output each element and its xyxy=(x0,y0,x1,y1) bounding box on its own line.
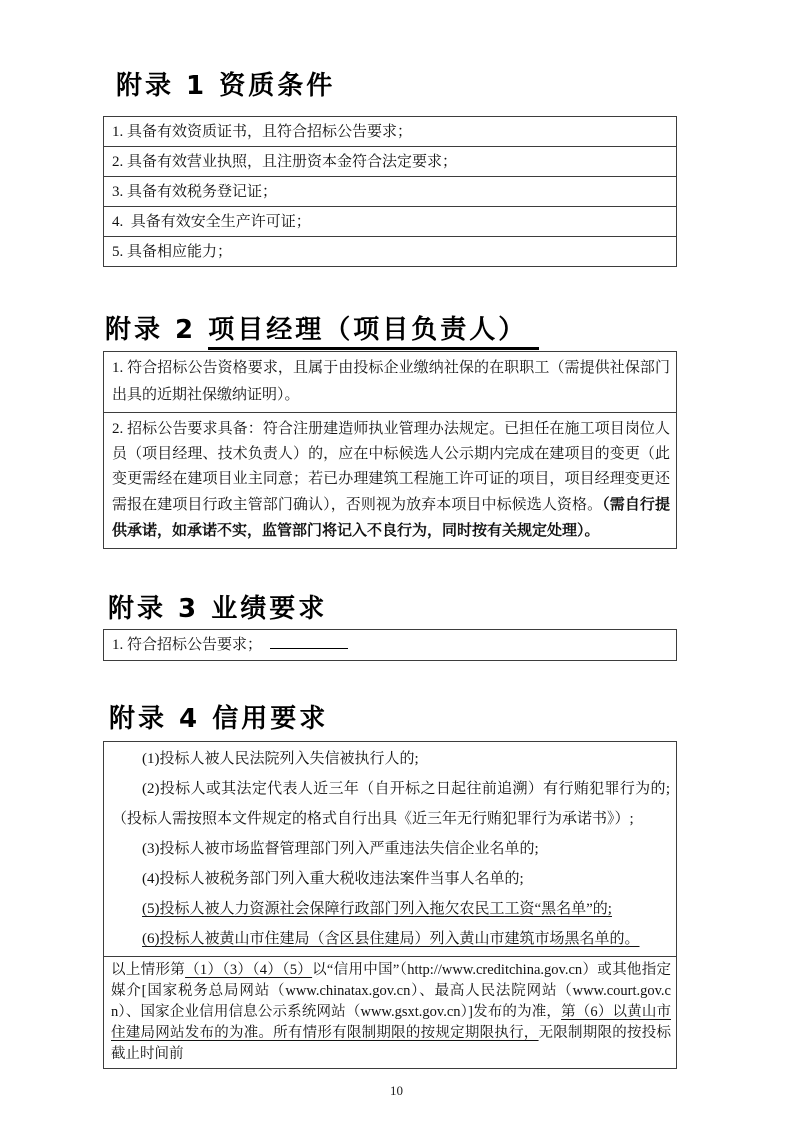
note-segment-underlined: （1）（3）（4）（5） xyxy=(185,962,312,978)
table-row: 以上情形第（1）（3）（4）（5）以“信用中国”（http://www.cred… xyxy=(104,957,677,1069)
credit-item-4: (4)投标人被税务部门列入重大税收违法案件当事人名单的; xyxy=(112,864,670,894)
qualification-item-1: 1. 具备有效资质证书，且符合招标公告要求； xyxy=(104,117,677,147)
credit-item-5: (5)投标人被人力资源社会保障行政部门列入拖欠农民工工资“黑名单”的; xyxy=(112,894,670,924)
requirement-2-text: 2. 招标公告要求具备：符合注册建造师执业管理办法规定。已担任在施工项目岗位人员… xyxy=(112,421,670,513)
credit-note-cell: 以上情形第（1）（3）（4）（5）以“信用中国”（http://www.cred… xyxy=(104,957,677,1069)
qualification-item-3: 3. 具备有效税务登记证； xyxy=(104,177,677,207)
table-row: 5. 具备相应能力； xyxy=(104,237,677,267)
appendix-2-title-prefix: 附录 2 xyxy=(105,315,208,345)
qualification-item-4: 4. 具备有效安全生产许可证； xyxy=(104,207,677,237)
appendix-3-title: 附录 3 业绩要求 xyxy=(108,591,677,627)
table-row: 1. 具备有效资质证书，且符合招标公告要求； xyxy=(104,117,677,147)
table-row: (1)投标人被人民法院列入失信被执行人的; (2)投标人或其法定代表人近三年（自… xyxy=(104,742,677,957)
table-row: 2. 具备有效营业执照，且注册资本金符合法定要求； xyxy=(104,147,677,177)
appendix-4-title: 附录 4 信用要求 xyxy=(109,701,677,737)
qualification-item-5: 5. 具备相应能力； xyxy=(104,237,677,267)
table-row: 4. 具备有效安全生产许可证； xyxy=(104,207,677,237)
table-row: 2. 招标公告要求具备：符合注册建造师执业管理办法规定。已担任在施工项目岗位人员… xyxy=(104,413,677,549)
document-content: 附录 1 资质条件 1. 具备有效资质证书，且符合招标公告要求； 2. 具备有效… xyxy=(103,0,677,1069)
credit-item-6: (6)投标人被黄山市住建局（含区县住建局）列入黄山市建筑市场黑名单的。 xyxy=(112,924,670,954)
performance-requirement-1: 1. 符合招标公告要求； xyxy=(104,630,677,661)
appendix-4-table: (1)投标人被人民法院列入失信被执行人的; (2)投标人或其法定代表人近三年（自… xyxy=(103,741,677,1069)
appendix-3-table: 1. 符合招标公告要求； xyxy=(103,629,677,661)
table-row: 1. 符合招标公告资格要求，且属于由投标企业缴纳社保的在职职工（需提供社保部门出… xyxy=(104,352,677,413)
table-row: 1. 符合招标公告要求； xyxy=(104,630,677,661)
project-manager-requirement-1: 1. 符合招标公告资格要求，且属于由投标企业缴纳社保的在职职工（需提供社保部门出… xyxy=(104,352,677,413)
credit-item-1: (1)投标人被人民法院列入失信被执行人的; xyxy=(112,744,670,774)
appendix-1-title: 附录 1 资质条件 xyxy=(116,68,677,104)
credit-item-3: (3)投标人被市场监督管理部门列入严重违法失信企业名单的; xyxy=(112,834,670,864)
credit-item-2: (2)投标人或其法定代表人近三年（自开标之日起往前追溯）有行贿犯罪行为的;（投标… xyxy=(112,774,670,834)
qualification-item-2: 2. 具备有效营业执照，且注册资本金符合法定要求； xyxy=(104,147,677,177)
appendix-1-table: 1. 具备有效资质证书，且符合招标公告要求； 2. 具备有效营业执照，且注册资本… xyxy=(103,116,677,267)
page-number: 10 xyxy=(0,1083,793,1099)
note-segment: 以上情形第 xyxy=(111,962,185,978)
credit-items-cell: (1)投标人被人民法院列入失信被执行人的; (2)投标人或其法定代表人近三年（自… xyxy=(104,742,677,957)
project-manager-requirement-2: 2. 招标公告要求具备：符合注册建造师执业管理办法规定。已担任在施工项目岗位人员… xyxy=(104,413,677,549)
table-row: 3. 具备有效税务登记证； xyxy=(104,177,677,207)
performance-requirement-text: 1. 符合招标公告要求； xyxy=(112,637,262,653)
appendix-2-title-underlined: 项目经理（项目负责人） xyxy=(208,315,539,350)
credit-note: 以上情形第（1）（3）（4）（5）以“信用中国”（http://www.cred… xyxy=(111,960,671,1065)
appendix-2-table: 1. 符合招标公告资格要求，且属于由投标企业缴纳社保的在职职工（需提供社保部门出… xyxy=(103,351,677,549)
appendix-2-title: 附录 2 项目经理（项目负责人） xyxy=(105,312,677,348)
fill-in-blank xyxy=(270,635,348,649)
